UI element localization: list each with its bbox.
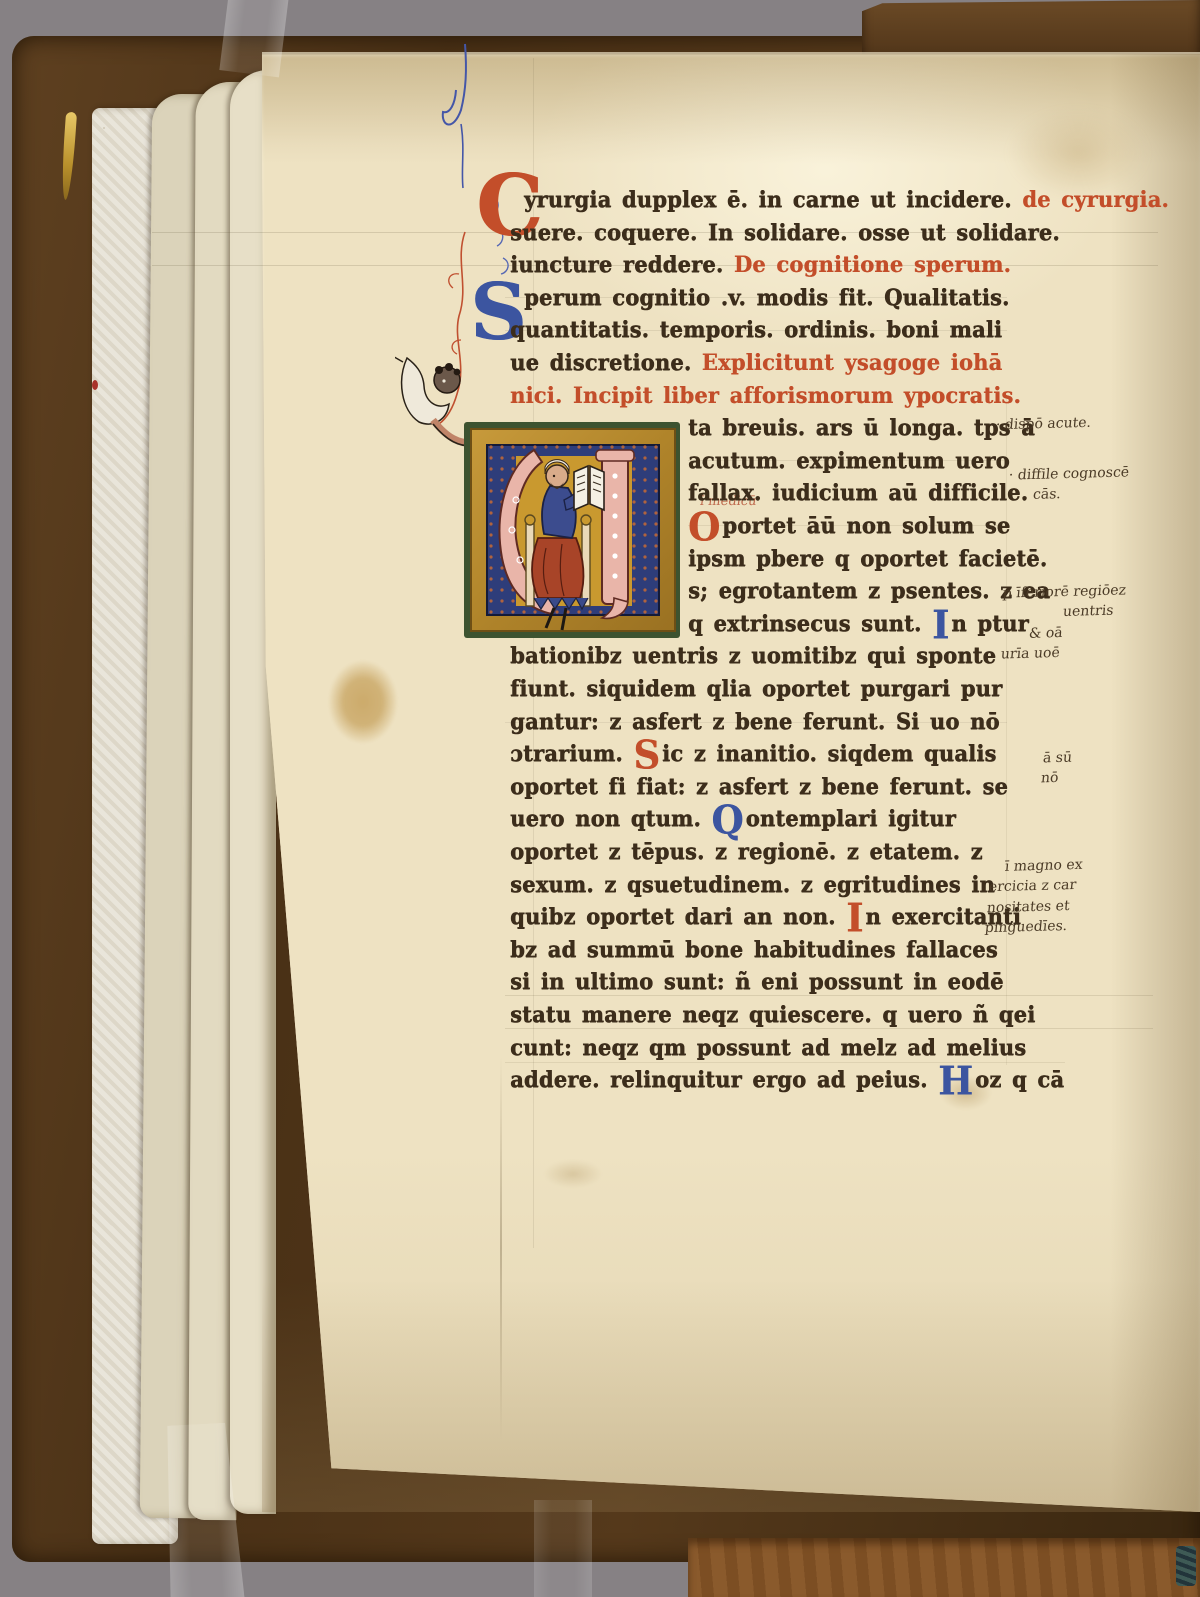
text-run: portet āū non solum se bbox=[722, 512, 1010, 539]
conservation-strap bbox=[219, 0, 288, 77]
text-run: bz ad summū bone habitudines fallaces bbox=[510, 936, 998, 963]
ruling-line bbox=[505, 1028, 1153, 1029]
text-run: q extrinsecus sunt. bbox=[688, 610, 932, 637]
text-line: cunt: neqz qm possunt ad melz ad melius bbox=[510, 1034, 1026, 1061]
text-run: ontemplari igitur bbox=[746, 805, 956, 832]
text-line: gantur: z asfert z bene ferunt. Si uo nō bbox=[510, 708, 1000, 735]
gloss-line: ercicia z car bbox=[988, 875, 1082, 898]
text-run: quibz oportet dari an non. bbox=[510, 903, 846, 930]
text-line: iuncture reddere. De cognitione sperum. bbox=[510, 251, 1011, 278]
gloss-line: & oā bbox=[1028, 621, 1123, 644]
text-line: sexum. z qsuetudinem. z egritudines in bbox=[510, 871, 995, 898]
gloss-line: · diffile cognoscē bbox=[1008, 462, 1130, 485]
red-paint-fleck bbox=[92, 380, 98, 390]
page-shading bbox=[262, 1280, 1200, 1512]
text-run: si in ultimo sunt: ñ eni possunt in eodē bbox=[510, 968, 1004, 995]
manuscript-page-photo: C S ī medicū yrurgia dupplex ē. in carne… bbox=[0, 0, 1200, 1597]
text-run: ipsm pbere q oportet facietē. bbox=[688, 545, 1047, 572]
text-run: s; egrotantem z psentes. z ea bbox=[688, 577, 1050, 604]
text-line: ta breuis. ars ū longa. tps ā bbox=[688, 414, 1035, 441]
text-line: q extrinsecus sunt. In ptur bbox=[688, 610, 1029, 637]
text-line: bz ad summū bone habitudines fallaces bbox=[510, 936, 998, 963]
text-line: addere. relinquitur ergo ad peius. Hoz q… bbox=[510, 1066, 1064, 1093]
text-run: iuncture reddere. bbox=[510, 251, 734, 278]
grotesque-hair bbox=[454, 369, 461, 376]
text-line: yrurgia dupplex ē. in carne ut incidere.… bbox=[524, 186, 1169, 213]
red-flourish-stroke bbox=[439, 232, 465, 424]
text-run: perum cognitio .v. modis fit. Qualitatis… bbox=[524, 284, 1009, 311]
text-line: suere. coquere. In solidare. osse ut sol… bbox=[510, 219, 1060, 246]
text-run: quantitatis. temporis. ordinis. boni mal… bbox=[510, 316, 1002, 343]
margin-gloss: ī magno exercicia z carnositates etpingu… bbox=[984, 855, 1084, 939]
margin-gloss: ā sūnō bbox=[1040, 748, 1073, 789]
grotesque-whisker bbox=[395, 354, 403, 362]
margin-gloss: p īferiorē regiōezuentris& oāurīa uoē bbox=[996, 580, 1127, 664]
versal-initial: I bbox=[846, 895, 863, 942]
text-line: bationibz uentris z uomitibz qui sponte bbox=[510, 642, 996, 669]
text-line: uero non qtum. Qontemplari igitur bbox=[510, 805, 956, 832]
text-line: si in ultimo sunt: ñ eni possunt in eodē bbox=[510, 968, 1004, 995]
text-run: addere. relinquitur ergo ad peius. bbox=[510, 1066, 938, 1093]
text-run: ɔtrarium. bbox=[510, 740, 633, 767]
text-run: suere. coquere. In solidare. osse ut sol… bbox=[510, 219, 1060, 246]
gloss-line: pinguedīes. bbox=[984, 916, 1078, 939]
letter-ornament bbox=[612, 573, 617, 578]
gloss-line: uentris bbox=[1062, 601, 1125, 623]
versal-initial: Q bbox=[711, 797, 743, 844]
text-run: acutum. expimentum uero bbox=[688, 447, 1010, 474]
book-right-page bbox=[590, 466, 604, 510]
text-run: sexum. z qsuetudinem. z egritudines in bbox=[510, 871, 995, 898]
figure-head bbox=[546, 465, 568, 487]
ruling-line bbox=[505, 995, 1153, 996]
versal-initial: O bbox=[688, 504, 720, 551]
text-line: ue discretione. Explicitunt ysagoge iohā bbox=[510, 349, 1002, 376]
margin-gloss: · dispō acute. bbox=[995, 413, 1092, 436]
grotesque-eye bbox=[442, 379, 445, 382]
parchment-stain bbox=[1008, 108, 1148, 198]
letter-ornament bbox=[612, 533, 617, 538]
text-line: oportet fi fiat: z asfert z bene ferunt.… bbox=[510, 773, 1008, 800]
bench-finial bbox=[525, 515, 535, 525]
text-run: De cognitione sperum. bbox=[734, 251, 1011, 278]
letter-ornament bbox=[612, 513, 617, 518]
text-run: oz q cā bbox=[975, 1066, 1064, 1093]
figure-eye bbox=[553, 475, 555, 477]
text-line: quibz oportet dari an non. In exercitant… bbox=[510, 903, 1021, 930]
text-run: uero non qtum. bbox=[510, 805, 711, 832]
bench-finial bbox=[581, 515, 591, 525]
text-line: acutum. expimentum uero bbox=[688, 447, 1010, 474]
text-line: Oportet āū non solum se bbox=[688, 512, 1010, 539]
figure-blue-robe bbox=[542, 486, 576, 538]
text-run: ic z inanitio. siqdem qualis bbox=[662, 740, 996, 767]
versal-initial: H bbox=[938, 1058, 973, 1105]
gloss-line: nositates et bbox=[986, 895, 1080, 918]
headband-tail bbox=[1176, 1546, 1196, 1586]
grotesque-hair bbox=[445, 363, 453, 371]
bottom-leather-cover bbox=[688, 1538, 1200, 1597]
text-run: fiunt. siquidem qlia oportet purgari pur bbox=[510, 675, 1002, 702]
text-line: quantitatis. temporis. ordinis. boni mal… bbox=[510, 316, 1002, 343]
text-run: ta breuis. ars ū longa. tps ā bbox=[688, 414, 1035, 441]
blue-flourish-stroke bbox=[461, 124, 463, 188]
margin-gloss: · diffile cognoscēcās. bbox=[1006, 462, 1130, 506]
text-line: statu manere neqz quiescere. q uero ñ qe… bbox=[510, 1001, 1035, 1028]
initial-letter-serif bbox=[596, 450, 634, 461]
gloss-line: nō bbox=[1040, 768, 1071, 789]
versal-initial: I bbox=[932, 601, 949, 648]
text-run: ue discretione. bbox=[510, 349, 702, 376]
text-line: s; egrotantem z psentes. z ea bbox=[688, 577, 1050, 604]
letter-ornament bbox=[612, 553, 617, 558]
conservation-strap bbox=[534, 1500, 592, 1597]
gloss-line: · dispō acute. bbox=[995, 413, 1092, 436]
text-line: ipsm pbere q oportet facietē. bbox=[688, 545, 1047, 572]
text-run: oportet z tēpus. z regionē. z etatem. z bbox=[510, 838, 983, 865]
grotesque-hair bbox=[435, 366, 443, 374]
text-run: de cyrurgia. bbox=[1022, 186, 1169, 213]
text-run: oportet fi fiat: z asfert z bene ferunt.… bbox=[510, 773, 1008, 800]
historiated-initial-panel bbox=[464, 420, 682, 640]
gloss-line: ī magno ex bbox=[1004, 855, 1084, 877]
letter-ornament bbox=[612, 473, 617, 478]
text-line: oportet z tēpus. z regionē. z etatem. z bbox=[510, 838, 983, 865]
letter-ornament bbox=[612, 493, 617, 498]
gloss-line: urīa uoē bbox=[1000, 641, 1121, 664]
text-run: gantur: z asfert z bene ferunt. Si uo nō bbox=[510, 708, 1000, 735]
text-run: Explicitunt ysagoge iohā bbox=[702, 349, 1003, 376]
text-run: nici. Incipit liber afforismorum ypocrat… bbox=[510, 382, 1021, 409]
text-line: nici. Incipit liber afforismorum ypocrat… bbox=[510, 382, 1021, 409]
versal-initial: S bbox=[633, 732, 660, 779]
text-line: perum cognitio .v. modis fit. Qualitatis… bbox=[524, 284, 1009, 311]
gloss-line: ā sū bbox=[1042, 748, 1073, 769]
text-line: fiunt. siquidem qlia oportet purgari pur bbox=[510, 675, 1002, 702]
book-left-page bbox=[574, 466, 588, 510]
text-run: statu manere neqz quiescere. q uero ñ qe… bbox=[510, 1001, 1035, 1028]
text-line: fallax. iudicium aū difficile. bbox=[688, 479, 1028, 506]
crease bbox=[500, 1056, 502, 1440]
blue-flourish-stroke bbox=[443, 44, 466, 125]
text-line: ɔtrarium. Sic z inanitio. siqdem qualis bbox=[510, 740, 996, 767]
ruling-line bbox=[505, 1062, 1065, 1063]
figure-red-mantle bbox=[532, 538, 583, 598]
gloss-line: cās. bbox=[1032, 483, 1128, 506]
text-run: fallax. iudicium aū difficile. bbox=[688, 479, 1028, 506]
text-run: yrurgia dupplex ē. in carne ut incidere. bbox=[524, 186, 1022, 213]
text-run: cunt: neqz qm possunt ad melz ad melius bbox=[510, 1034, 1026, 1061]
text-run: bationibz uentris z uomitibz qui sponte bbox=[510, 642, 996, 669]
